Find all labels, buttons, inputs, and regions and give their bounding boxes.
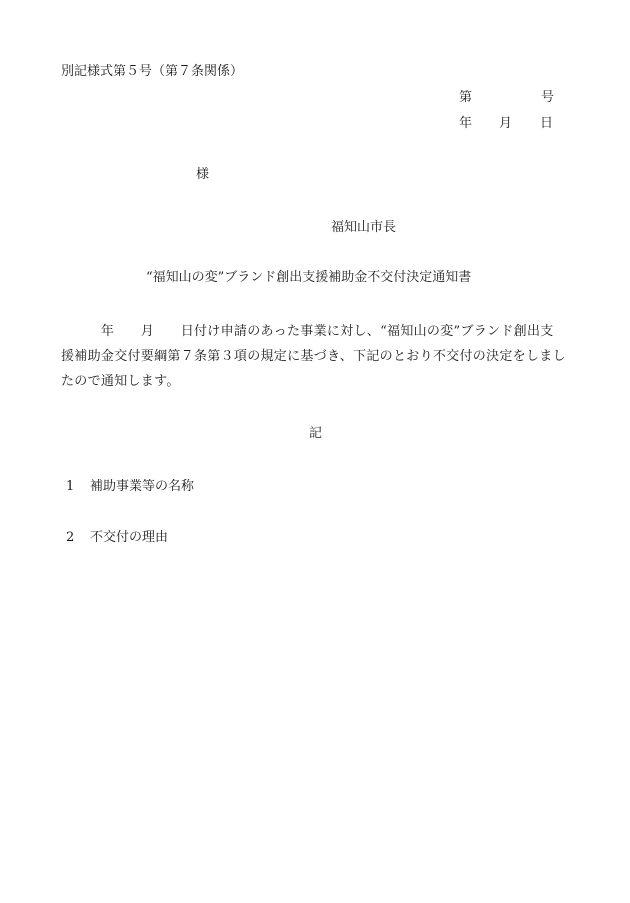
item-2-label: 不交付の理由 [90,530,168,546]
body-paragraph: 年 月 日付け申請のあった事業に対し、“福知山の変”ブランド創出支 援補助金交付… [61,319,577,394]
date-year: 年 [459,116,472,132]
addressee-suffix: 様 [196,167,209,183]
number-prefix: 第 [459,90,472,106]
item-1-label: 補助事業等の名称 [90,479,194,495]
body-line-3: たので通知します。 [61,369,577,394]
body-line-1: 年 月 日付け申請のあった事業に対し、“福知山の変”ブランド創出支 [61,319,577,344]
item-2-number: 2 [66,530,74,546]
number-suffix: 号 [541,90,554,106]
form-label: 別記様式第５号（第７条関係） [61,64,243,80]
item-1-number: 1 [66,479,74,495]
date-month: 月 [499,116,512,132]
document-title: “福知山の変”ブランド創出支援補助金不交付決定通知書 [146,270,471,286]
sender-name: 福知山市長 [331,220,396,236]
ki-heading: 記 [309,426,322,442]
date-day: 日 [540,116,553,132]
body-line-2: 援補助金交付要綱第７条第３項の規定に基づき、下記のとおり不交付の決定をしまし [61,344,577,369]
